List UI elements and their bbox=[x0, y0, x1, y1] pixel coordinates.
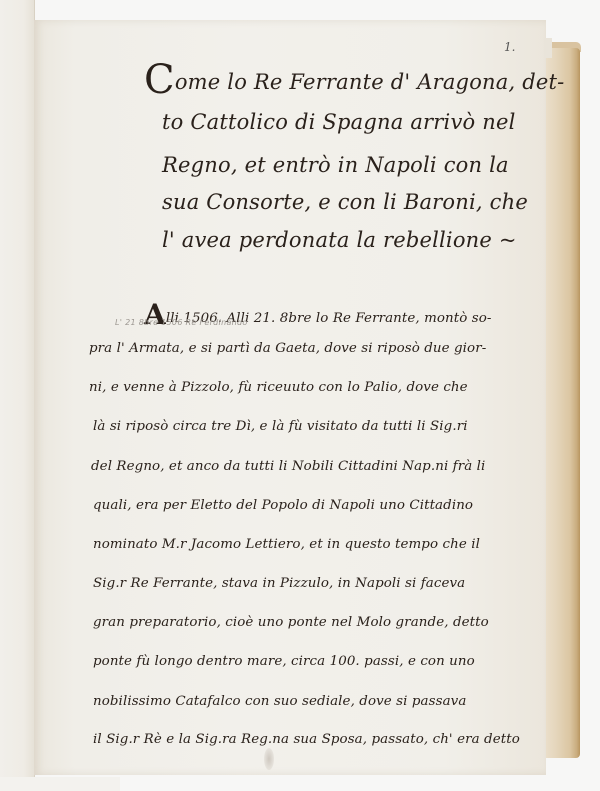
body-line-10: ponte fù longo dentro mare, circa 100. p… bbox=[93, 654, 475, 669]
heading-line-2: to Cattolico di Spagna arrivò nel bbox=[162, 110, 516, 134]
body-line-5: del Regno, et anco da tutti li Nobili Ci… bbox=[91, 459, 485, 474]
paper-stain bbox=[264, 748, 274, 770]
body-line-3: ni, e venne à Pizzolo, fù riceuuto con l… bbox=[89, 380, 468, 395]
heading-line-4: sua Consorte, e con li Baroni, che bbox=[162, 190, 528, 214]
marginal-pencil-note: L' 21 8bre 1506 Re Ferdinando bbox=[115, 318, 248, 327]
heading-line-1: Come lo Re Ferrante d' Aragona, det- bbox=[144, 60, 564, 100]
left-facing-page-edge bbox=[0, 0, 35, 791]
body-line-9: gran preparatorio, cioè uno ponte nel Mo… bbox=[93, 615, 489, 630]
body-line-8: Sig.r Re Ferrante, stava in Pizzulo, in … bbox=[93, 576, 465, 591]
manuscript-page: 1. Come lo Re Ferrante d' Aragona, det- … bbox=[34, 20, 546, 775]
left-page-bottom-corner bbox=[0, 777, 120, 791]
heading-drop-cap: C bbox=[144, 57, 175, 103]
body-line-12: il Sig.r Rè e la Sig.ra Reg.na sua Sposa… bbox=[93, 732, 520, 747]
book-fore-edge bbox=[540, 48, 580, 758]
folio-number: 1. bbox=[504, 40, 515, 54]
heading-text: ome lo Re Ferrante d' Aragona, det- bbox=[175, 70, 565, 94]
body-line-2: pra l' Armata, e si partì da Gaeta, dove… bbox=[89, 341, 486, 356]
body-line-11: nobilissimo Catafalco con suo sediale, d… bbox=[93, 694, 466, 709]
heading-line-5: l' avea perdonata la rebellione ~ bbox=[162, 228, 517, 252]
heading-line-3: Regno, et entrò in Napoli con la bbox=[162, 153, 509, 177]
body-line-7: nominato M.r Jacomo Lettiero, et in ques… bbox=[93, 537, 480, 552]
body-line-6: quali, era per Eletto del Popolo di Napo… bbox=[93, 498, 473, 513]
body-line-4: là si riposò circa tre Dì, e là fù visit… bbox=[93, 419, 468, 434]
